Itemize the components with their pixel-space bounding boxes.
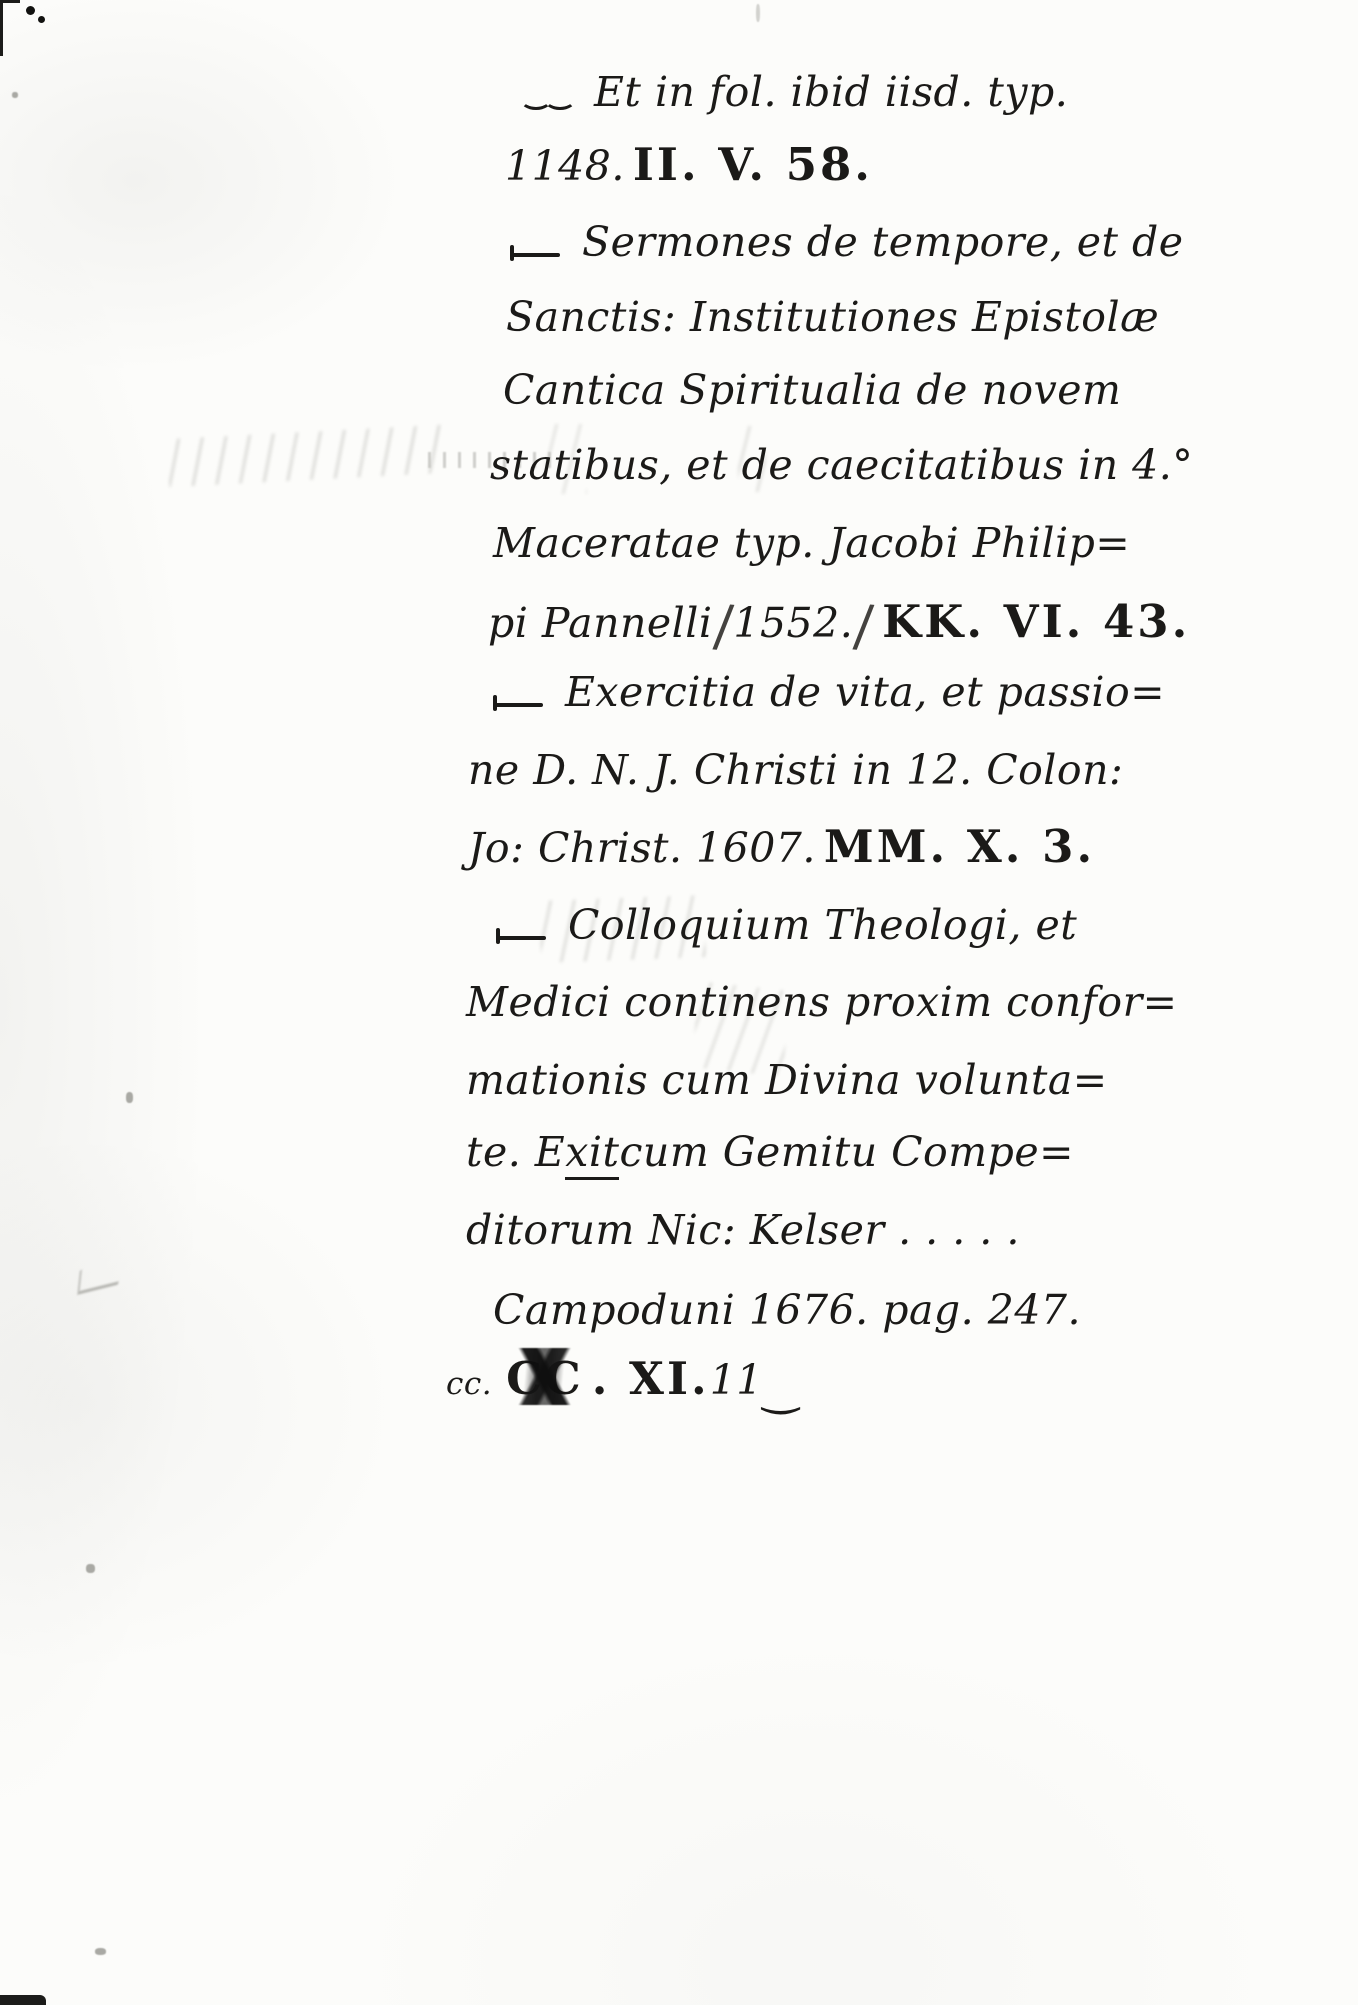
text-segment: Et in fol. ibid iisd. typ. <box>594 68 1068 116</box>
manuscript-line-13: Medici continens proxim confor= <box>466 978 1178 1026</box>
text-segment: Exercitia de vita, et passio= <box>565 668 1165 716</box>
text-segment: ∕ <box>852 593 875 659</box>
squiggle-entry-mark-icon <box>520 91 576 113</box>
text-segment: 1552. <box>733 599 853 647</box>
text-segment: Campoduni 1676. pag. 247. <box>493 1286 1081 1334</box>
text-segment: mationis cum Divina volunta= <box>466 1056 1108 1104</box>
manuscript-line-6: statibus, et de caecitatibus in 4.° <box>490 441 1193 489</box>
text-segment: te. E <box>466 1128 565 1176</box>
text-segment: Colloquium Theologi, et <box>568 901 1077 949</box>
manuscript-line-9: Exercitia de vita, et passio= <box>493 668 1165 716</box>
showthrough-mirror-script-1 <box>167 425 444 487</box>
text-segment: KK. VI. 43. <box>882 595 1190 648</box>
text-segment: pi Pannelli <box>488 599 713 647</box>
text-segment: Sanctis: Institutiones Epistolæ <box>506 293 1159 341</box>
text-segment: cum Gemitu Compe= <box>619 1128 1074 1176</box>
paper-speck-1 <box>126 1092 133 1103</box>
manuscript-line-7: Maceratae typ. Jacobi Philip= <box>493 519 1130 567</box>
edge-mark-top-left-horizontal <box>0 0 20 3</box>
text-segment: MM. X. 3. <box>824 820 1095 873</box>
text-segment: ‿ <box>763 1364 798 1415</box>
text-segment: Medici continens proxim confor= <box>466 978 1178 1026</box>
paper-speck-5 <box>12 92 18 98</box>
manuscript-line-15: te. Exit cum Gemitu Compe= <box>466 1128 1074 1180</box>
dash-entry-mark-icon <box>493 688 547 716</box>
text-segment: xit <box>565 1128 619 1180</box>
manuscript-line-11: Jo: Christ. 1607. MM. X. 3. <box>468 820 1095 873</box>
text-segment: ditorum Nic: Kelser . . . . . <box>466 1206 1020 1254</box>
manuscript-line-18: cc. CC. XI. 11‿ <box>446 1352 798 1415</box>
manuscript-line-4: Sanctis: Institutiones Epistolæ <box>506 293 1159 341</box>
dash-entry-mark-icon <box>496 921 550 949</box>
dash-entry-mark-icon <box>510 238 564 266</box>
manuscript-line-12: Colloquium Theologi, et <box>496 901 1077 949</box>
text-segment: Maceratae typ. Jacobi Philip= <box>493 519 1130 567</box>
paper-speck-4 <box>756 4 760 22</box>
paper-speck-3 <box>95 1948 106 1955</box>
text-segment: Jo: Christ. 1607. <box>468 824 816 872</box>
manuscript-line-5: Cantica Spiritualia de novem <box>503 366 1121 414</box>
edge-mark-bottom-left <box>0 1995 46 2005</box>
text-segment: 1148. <box>505 142 625 190</box>
text-segment: Sermones de tempore, et de <box>582 218 1184 266</box>
paper-speck-2 <box>86 1564 95 1573</box>
text-segment: II. V. 58. <box>633 138 873 191</box>
manuscript-line-2: 1148. II. V. 58. <box>505 138 873 191</box>
pencil-mark <box>77 1260 120 1295</box>
text-segment: ne D. N. J. Christi in 12. Colon: <box>468 746 1123 794</box>
manuscript-line-3: Sermones de tempore, et de <box>510 218 1184 266</box>
text-segment: . XI. <box>592 1352 710 1405</box>
manuscript-line-10: ne D. N. J. Christi in 12. Colon: <box>468 746 1123 794</box>
edge-mark-top-left-vertical <box>0 0 3 56</box>
text-segment: CC <box>506 1352 584 1405</box>
manuscript-page: Et in fol. ibid iisd. typ.1148. II. V. 5… <box>0 0 1358 2005</box>
text-segment: ∕ <box>711 593 734 659</box>
ink-blot-2 <box>38 16 45 23</box>
manuscript-line-8: pi Pannelli ∕1552.∕KK. VI. 43. <box>488 594 1190 659</box>
text-segment: cc. <box>446 1366 492 1402</box>
ink-blot-1 <box>26 6 35 15</box>
manuscript-line-16: ditorum Nic: Kelser . . . . . <box>466 1206 1020 1254</box>
manuscript-line-1: Et in fol. ibid iisd. typ. <box>520 68 1068 116</box>
manuscript-line-14: mationis cum Divina volunta= <box>466 1056 1108 1104</box>
text-segment: Cantica Spiritualia de novem <box>503 366 1121 414</box>
text-segment: 11 <box>710 1356 763 1404</box>
manuscript-line-17: Campoduni 1676. pag. 247. <box>493 1286 1081 1334</box>
text-segment: statibus, et de caecitatibus in 4.° <box>490 441 1193 489</box>
